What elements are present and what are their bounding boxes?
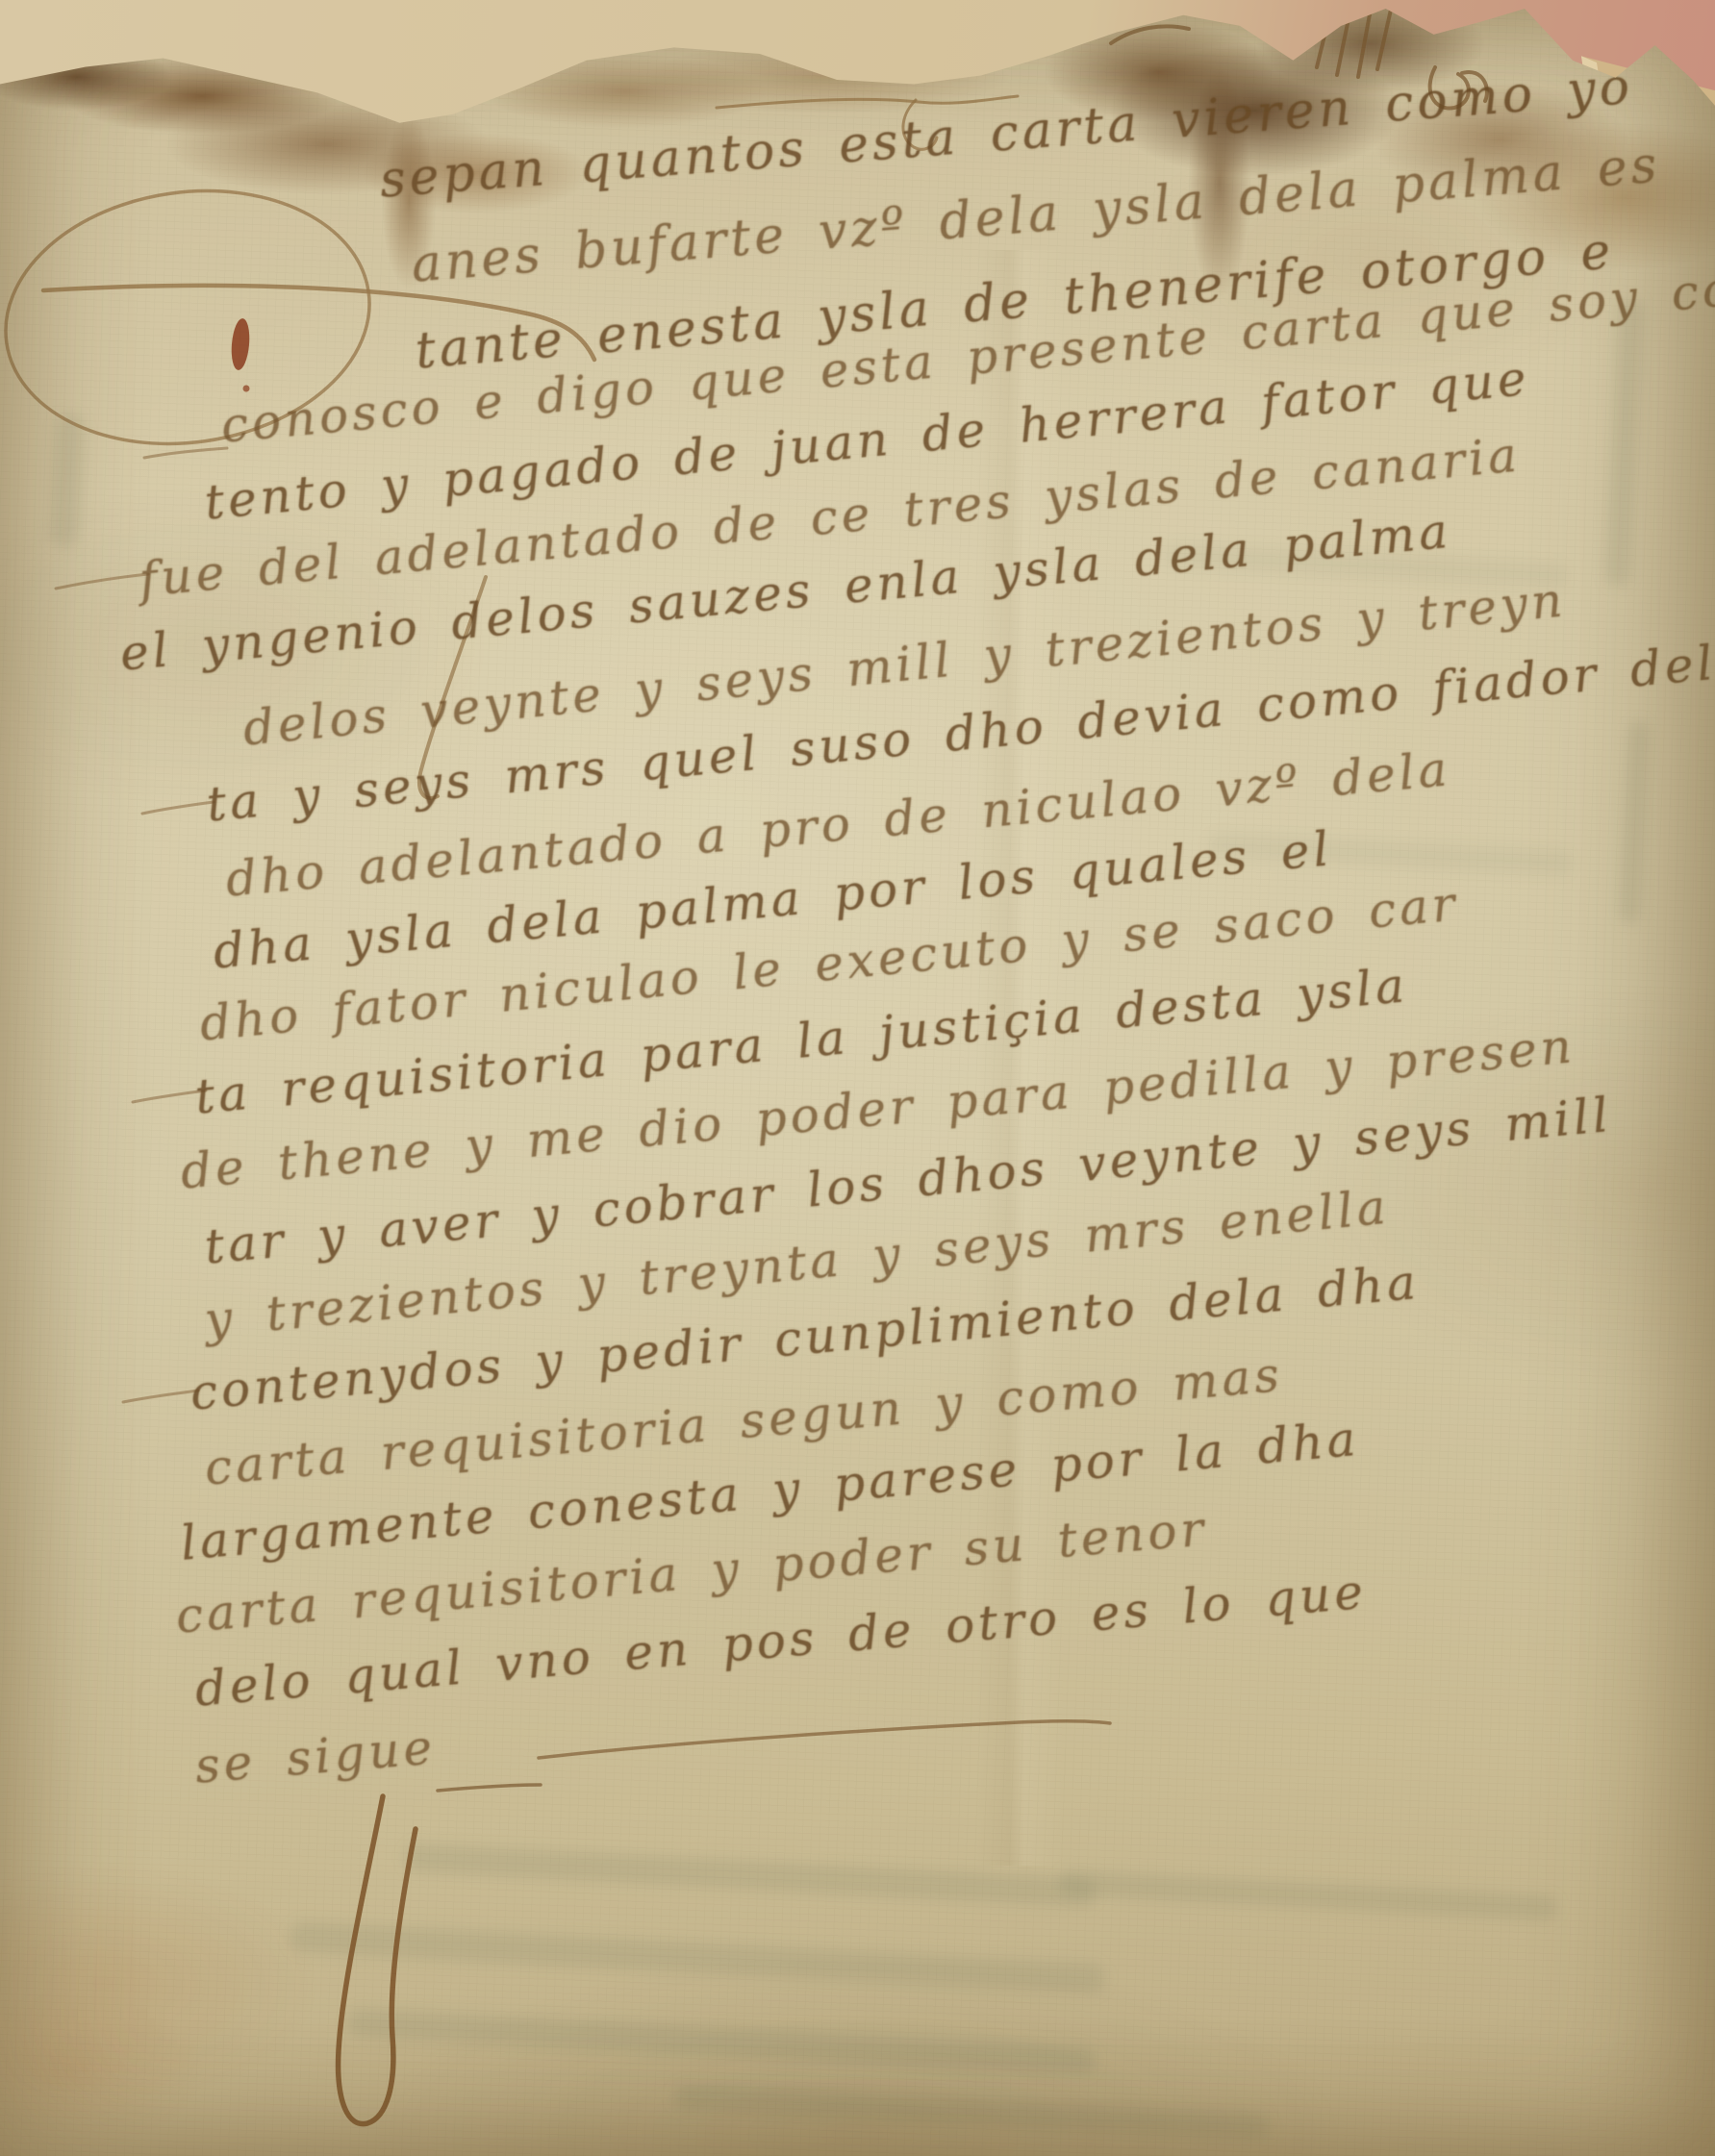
final-dash <box>438 1785 541 1791</box>
manuscript-line: fue del adelantado de ce tres yslas de c… <box>138 430 1523 603</box>
initial-flourish-tail <box>419 577 486 798</box>
manuscript-line: el yngenio delos sauzes enla ysla dela p… <box>118 507 1453 678</box>
manuscript-line: delos veynte y seys mill y trezientos y … <box>241 575 1569 753</box>
manuscript-line: contenydos y pedir cunplimiento dela dha <box>189 1258 1422 1417</box>
manuscript-line: dho fator niculao le executo y se saco c… <box>198 879 1461 1048</box>
manuscript-line: y trezientos y treynta y seys mrs enella <box>203 1183 1392 1344</box>
ink-blot-drip <box>243 386 250 392</box>
initial-flourish <box>0 168 386 466</box>
manuscript-line: tar y aver y cobrar los dhos veynte y se… <box>203 1091 1614 1271</box>
manuscript-line: anes bufarte vzº dela ysla dela palma es <box>410 140 1662 290</box>
ink-showthrough <box>1604 298 1645 588</box>
pen-trials <box>1111 0 1487 108</box>
descender-flourish <box>339 1796 416 2124</box>
ink-showthrough <box>1058 1869 1559 1920</box>
manuscript-line: dho adelantado a pro de niculao vzº dela <box>224 744 1452 904</box>
ink-showthrough <box>1619 721 1651 924</box>
manuscript-line: sepan quantos esta carta vieren como yo <box>378 62 1635 206</box>
final-dash-long <box>539 1721 1110 1758</box>
manuscript-line: carta requisitoria segun y como mas <box>203 1350 1285 1492</box>
manuscript-line: largamente conesta y parese por la dha <box>179 1415 1361 1567</box>
paper-mottling <box>0 0 1715 2156</box>
manuscript-line: ta requisitoria para la justiçia desta y… <box>193 961 1410 1121</box>
manuscript-line: dha ysla dela palma por los quales el <box>212 824 1335 976</box>
photo-grain <box>0 0 1715 2156</box>
manuscript-line: tante enesta ysla de thenerife otorgo e <box>414 226 1616 376</box>
manuscript-line: carta requisitoria y poder su tenor <box>174 1504 1209 1641</box>
initial-flourish-stroke <box>43 286 594 360</box>
manuscript-line: conosco e digo que esta presente carta q… <box>219 262 1715 450</box>
top-dash-mark <box>717 96 1018 108</box>
ink-showthrough <box>289 1921 1107 1994</box>
ink-showthrough <box>1207 832 1574 876</box>
pen-marks-layer <box>0 0 1715 2156</box>
ink-showthrough <box>404 1843 1097 1908</box>
manuscript-line: delo qual vno en pos de otro es lo que <box>193 1567 1369 1714</box>
manuscript-line: de thene y me dio poder para pedilla y p… <box>179 1021 1577 1196</box>
manuscript-line: ta y seys mrs quel suso dho devia como f… <box>205 639 1715 829</box>
ink-blot <box>230 317 252 370</box>
ink-showthrough <box>346 2008 1097 2076</box>
lead-in-stroke <box>56 448 227 1402</box>
manuscript-line: se sigue <box>193 1723 438 1791</box>
manuscript-photo: sepan quantos esta carta vieren como yo … <box>0 0 1715 2156</box>
ink-showthrough <box>1164 542 1569 589</box>
vertical-crease <box>976 250 1063 1866</box>
ink-showthrough <box>49 413 85 548</box>
ink-showthrough <box>673 2083 1271 2141</box>
manuscript-page: sepan quantos esta carta vieren como yo … <box>0 0 1715 2156</box>
manuscript-line: tento y pagado de juan de herrera fator … <box>203 354 1532 527</box>
top-dash-hook <box>903 100 937 149</box>
top-edge-stains <box>0 0 1715 404</box>
